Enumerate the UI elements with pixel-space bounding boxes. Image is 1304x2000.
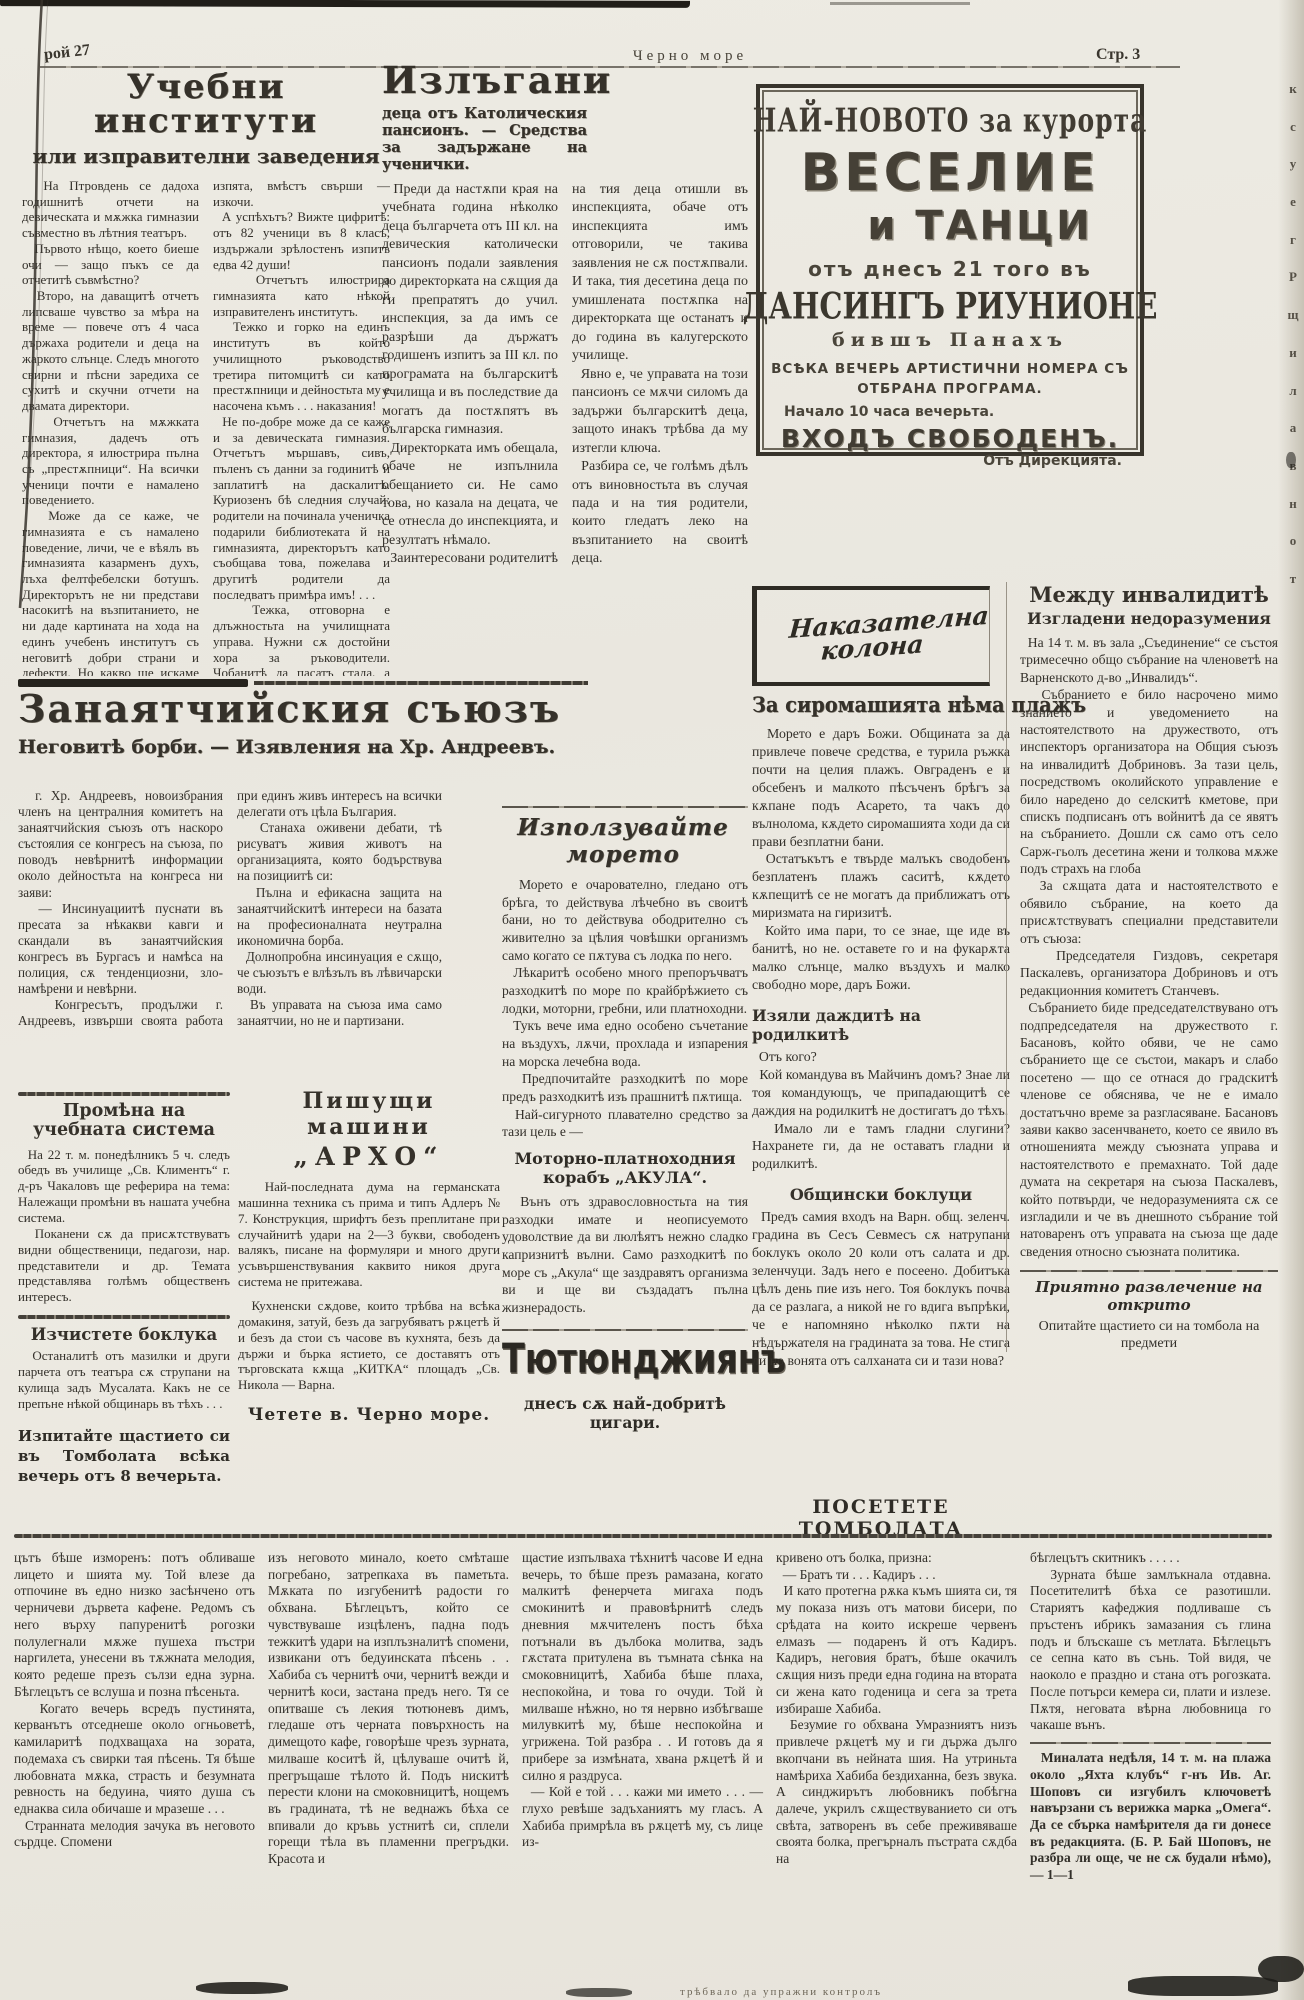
article-siromash: За сиромашията нѣма плажъ Морето е даръ …	[752, 692, 1010, 1370]
article-izlagani-body: Преди да настѫпи края на учебната година…	[382, 181, 748, 569]
feuilleton-col-1: цътъ бѣше изморенъ: потъ обливаше лицето…	[14, 1550, 255, 1984]
article-arho-title2: „АРХО“	[238, 1142, 500, 1171]
invalid-footer-text: Опитайте щастието си на томбола на предм…	[1020, 1318, 1278, 1352]
bottom-edge-text: трѣбвало да упражни контролъ	[680, 1986, 882, 1998]
article-izlagani-title: Излъгани	[382, 62, 748, 99]
siromash-sub2-body: Предъ самия входъ на Варн. общ. зеленч. …	[752, 1208, 1010, 1369]
chetete-note: Четете в. Черно море.	[238, 1405, 500, 1425]
article-arho: Пишущи машини „АРХО“ Най-последната дума…	[238, 1088, 500, 1425]
article-invalid-body: На 14 т. м. въ зала „Съединение“ се съст…	[1020, 634, 1278, 1260]
right-edge-letters: к с у е г Р щ и л а в н о т	[1285, 70, 1301, 598]
ad-line-start: Начало 10 часа вечерьта.	[784, 404, 994, 420]
article-invalid-subtitle: Изгладени недоразумения	[1020, 609, 1278, 628]
found-note-divider	[1030, 1742, 1271, 1744]
promena-divider	[18, 1092, 230, 1096]
akula-line1: Моторно-платноходния	[502, 1149, 748, 1168]
ad-line-topmost: НАЙ-НОВОТО за курорта	[753, 102, 1148, 140]
article-promena-body: На 22 т. м. понедѣлникъ 5 ч. следъ обедъ…	[18, 1147, 230, 1306]
article-izlagani-subtitle: деца отъ Католическия пансионъ. — Средст…	[382, 105, 587, 173]
article-uchebni-subtitle: или изправителни заведения	[22, 144, 390, 168]
article-siromash-title: За сиромашията нѣма плажъ	[752, 692, 989, 717]
feuilleton-col-4: кривено отъ болка, призна: — Братъ ти . …	[776, 1550, 1017, 1984]
page-number: Стр. 3	[1096, 46, 1140, 64]
tombola-note: Изпитайте щастието си въ Томболата всѣка…	[18, 1426, 230, 1487]
feuilleton-divider	[14, 1534, 1272, 1538]
ad-line-panah: бившъ Панахъ	[832, 329, 1068, 351]
ad-line-signature: Отъ Дирекцията.	[983, 453, 1122, 469]
article-izlagani: Излъгани деца отъ Католическия пансионъ.…	[382, 62, 748, 806]
ad-line-dancing: ДАНСИНГЪ РИУНИОНЕ	[743, 285, 1158, 328]
izchistete-divider	[18, 1315, 230, 1319]
tutun-divider	[502, 1329, 748, 1331]
kitka-ad: Кухненски сѫдове, които трѣбва на всѣка …	[238, 1298, 500, 1393]
dancing-ad-box: НАЙ-НОВОТО за курорта ВЕСЕЛИЕ и ТАНЦИ от…	[756, 84, 1144, 456]
akula-line2: корабъ „АКУЛА“.	[502, 1168, 748, 1187]
article-tutun-subtitle: днесъ сѫ най-добритѣ цигари.	[502, 1394, 748, 1432]
invalid-footer-title: Приятно развлечение на открито	[1020, 1278, 1278, 1314]
article-izchistete-title: Изчистете боклука	[18, 1325, 230, 1344]
article-more-body: Морето е очарователно, гледано отъ брѣга…	[502, 876, 748, 1141]
article-izchistete-body: Останалитѣ отъ мазилки и други парчета о…	[18, 1348, 230, 1411]
ink-blob-bottom3	[1128, 1976, 1278, 1996]
article-more-body2: Вънъ отъ здравословностьта на тия разход…	[502, 1193, 748, 1317]
torn-top-edge-fragment	[830, 2, 970, 5]
siromash-sub1-body: Отъ кого? Кой командува въ Майчинъ домъ?…	[752, 1048, 1010, 1173]
more-divider	[502, 806, 748, 808]
article-invalid-title: Между инвалидитѣ	[1020, 582, 1278, 607]
feuilleton-col-3: щастие изпълваха тѣхнитѣ часове И една в…	[522, 1550, 763, 1984]
article-arho-body: Най-последната дума на германската машин…	[238, 1179, 500, 1290]
feuilleton-col-2: изъ неговото минало, което смѣташе погре…	[268, 1550, 509, 1984]
feuilleton-col-5-body: бѣглецътъ скитникъ . . . . . Зурната бѣш…	[1030, 1550, 1271, 1734]
article-arho-title: Пишущи машини	[238, 1088, 500, 1140]
column-logo-text: Наказателна колона	[787, 606, 960, 666]
siromash-sub1-title: Изяли даждитѣ на родилкитѣ	[752, 1006, 1010, 1044]
article-uchebni-body: На Птровдень се дадоха годишнитѣ отчети …	[22, 178, 390, 676]
article-tutun-title: Тютюнджиянъ	[502, 1336, 731, 1383]
article-more: Използувайте морето Морето е очарователн…	[502, 806, 748, 1432]
ad-line-date: отъ днесъ 21 того въ	[808, 257, 1092, 281]
ad-line-entry: ВХОДЪ СВОБОДЕНЪ.	[781, 424, 1119, 453]
ad-line-program: ВСѢКА ВЕЧЕРЬ АРТИСТИЧНИ НОМЕРА СЪ ОТБРАН…	[770, 359, 1130, 400]
ink-blob-right2	[1286, 452, 1296, 468]
article-invalid: Между инвалидитѣ Изгладени недоразумения…	[1006, 582, 1278, 1352]
article-siromash-body: Морето е даръ Божи. Общината за да привл…	[752, 725, 1010, 994]
column-logo-box: Наказателна колона	[752, 586, 990, 686]
ink-blob-bottom1	[196, 1982, 288, 1994]
article-promena: Промѣна на учебната система На 22 т. м. …	[18, 1092, 230, 1486]
siromash-sub2-title: Общински боклуци	[752, 1185, 1010, 1204]
invalid-footer-divider	[1020, 1270, 1278, 1272]
ink-blob-bottom2	[566, 1988, 632, 1997]
ad-line-veselie: ВЕСЕЛИЕ	[800, 143, 1099, 203]
feuilleton-col-5: бѣглецътъ скитникъ . . . . . Зурната бѣш…	[1030, 1550, 1271, 1984]
newspaper-page: рой 27 Черно море Стр. 3 Учебни институт…	[0, 0, 1304, 2000]
ad-line-tantsi: и ТАНЦИ	[867, 203, 1092, 249]
article-promena-title: Промѣна на учебната система	[18, 1102, 230, 1141]
article-uchebni-title: Учебни институти	[22, 70, 390, 138]
article-more-title: Използувайте морето	[488, 814, 758, 868]
article-uchebni: Учебни институти или изправителни заведе…	[22, 70, 390, 676]
found-note: Миналата недѣля, 14 т. м. на плажа около…	[1030, 1750, 1271, 1884]
feuilleton: цътъ бѣше изморенъ: потъ обливаше лицето…	[14, 1550, 1272, 1984]
article-zanayat-body: г. Хр. Андреевъ, новоизбрания членъ на ц…	[18, 788, 442, 1088]
